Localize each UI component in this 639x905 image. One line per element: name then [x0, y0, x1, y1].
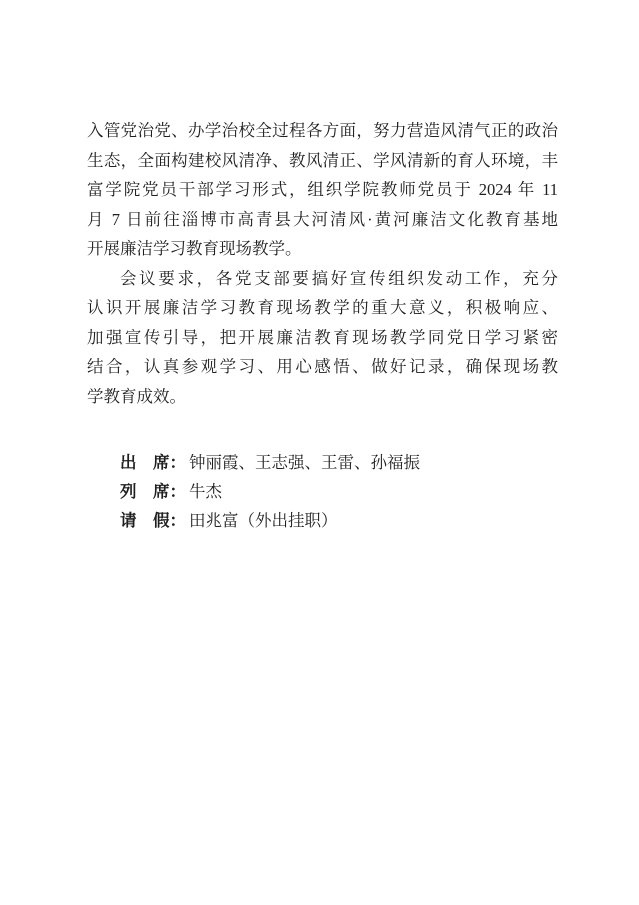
text-line: 加强宣传引导，把开展廉洁教育现场教学同党日学习紧密	[87, 323, 558, 353]
document-page: 入管党治党、办学治校全过程各方面，努力营造风清气正的政治 生态，全面构建校风清净…	[0, 0, 639, 905]
attendance-names: 牛杰	[186, 482, 222, 501]
attendance-colon: ：	[170, 511, 187, 530]
attendance-colon: ：	[170, 482, 187, 501]
text-line: 开展廉洁学习教育现场教学。	[87, 234, 558, 264]
document-body: 入管党治党、办学治校全过程各方面，努力营造风清气正的政治 生态，全面构建校风清净…	[87, 116, 558, 535]
paragraph-continuation: 入管党治党、办学治校全过程各方面，努力营造风清气正的政治 生态，全面构建校风清净…	[87, 116, 558, 264]
paragraph-requirements: 会议要求，各党支部要搞好宣传组织发动工作，充分 认识开展廉洁学习教育现场教学的重…	[87, 264, 558, 412]
text-line: 结合，认真参观学习、用心感悟、做好记录，确保现场教	[87, 352, 558, 382]
text-line: 学教育成效。	[87, 382, 558, 412]
attendance-row-leave: 请 假：田兆富（外出挂职）	[120, 506, 558, 535]
attendance-label: 列 席	[120, 482, 170, 501]
text-line: 生态，全面构建校风清净、教风清正、学风清新的育人环境，丰	[87, 146, 558, 176]
text-line: 认识开展廉洁学习教育现场教学的重大意义，积极响应、	[87, 293, 558, 323]
attendance-row-observers: 列 席：牛杰	[120, 477, 558, 506]
attendance-names: 田兆富（外出挂职）	[186, 511, 338, 530]
text-line: 会议要求，各党支部要搞好宣传组织发动工作，充分	[87, 264, 558, 294]
attendance-names: 钟丽霞、王志强、王雷、孙福振	[186, 453, 420, 472]
attendance-label: 出 席	[120, 453, 170, 472]
text-line: 入管党治党、办学治校全过程各方面，努力营造风清气正的政治	[87, 116, 558, 146]
attendance-row-present: 出 席：钟丽霞、王志强、王雷、孙福振	[120, 448, 558, 477]
attendance-label: 请 假	[120, 511, 170, 530]
attendance-colon: ：	[170, 453, 187, 472]
text-line: 富学院党员干部学习形式，组织学院教师党员于 2024 年 11	[87, 175, 558, 205]
attendance-block: 出 席：钟丽霞、王志强、王雷、孙福振 列 席：牛杰 请 假：田兆富（外出挂职）	[120, 448, 558, 535]
text-line: 月 7 日前往淄博市高青县大河清风·黄河廉洁文化教育基地	[87, 205, 558, 235]
